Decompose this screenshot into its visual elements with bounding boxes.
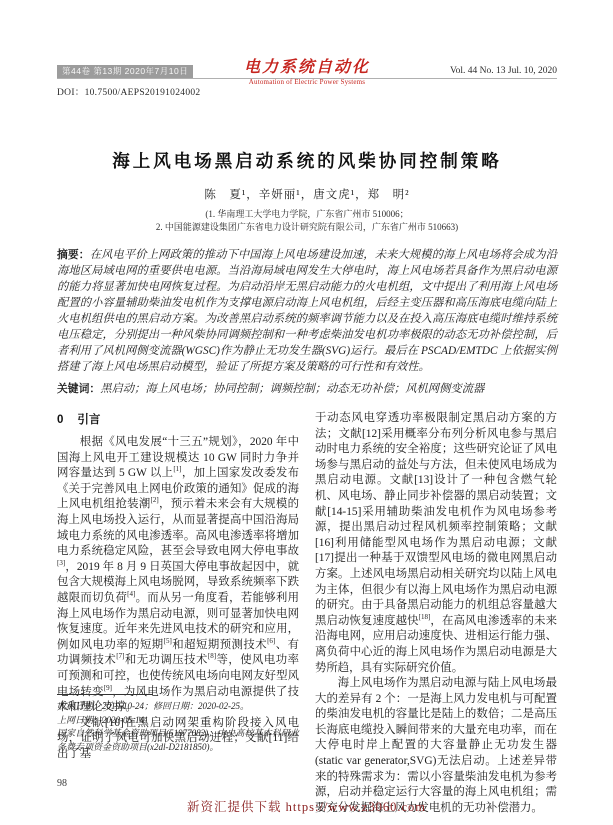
affiliation-2: 2. 中国能源建设集团广东省电力设计研究院有限公司，广东省广州市 510663)	[57, 221, 557, 234]
watermark-text: 新资汇提供下载 https://www.z3060.com	[0, 797, 613, 815]
paragraph: 于动态风电穿透功率极限制定黑启动方案的方法；文献[12]采用概率分布列分析风电参…	[315, 411, 557, 676]
footnote-rule	[57, 694, 153, 695]
section-title: 引言	[77, 414, 100, 426]
section-heading-intro: 0引言	[57, 411, 299, 427]
journal-header: 第44卷 第13期 2020年7月10日 DOI：10.7500/AEPS201…	[57, 62, 557, 112]
footnote-funding: 国家自然科学基金资助项目(51977082)；中央高校基本科研业务费专项资金资助…	[57, 727, 299, 754]
journal-logo: 电力系统自动化 Automation of Electric Power Sys…	[244, 59, 370, 87]
footnote-block: 收稿日期：2019-10-24；修回日期：2020-02-25。 上网日期：20…	[57, 694, 299, 754]
abstract-text: 在风电平价上网政策的推动下中国海上风电场建设加速，未来大规模的海上风电场将会成为…	[57, 249, 557, 373]
keywords: 关键词：黑启动；海上风电场；协同控制；调频控制；动态无功补偿；风机网侧变流器	[57, 381, 557, 397]
article-title: 海上风电场黑启动系统的风柴协同控制策略	[57, 148, 557, 173]
paragraph: 根据《风电发展“十三五”规划》，2020 年中国海上风电开工建设规模达 10 G…	[57, 435, 299, 716]
two-column-body: 0引言 根据《风电发展“十三五”规划》，2020 年中国海上风电开工建设规模达 …	[57, 411, 557, 809]
footnote-online-date: 上网日期：2020-05-14。	[57, 714, 299, 728]
issue-badge: 第44卷 第13期 2020年7月10日	[57, 65, 193, 78]
affiliation-1: (1. 华南理工大学电力学院，广东省广州市 510006；	[57, 208, 557, 221]
paper-page: 第44卷 第13期 2020年7月10日 DOI：10.7500/AEPS201…	[0, 0, 613, 825]
abstract-label: 摘要：	[57, 249, 90, 261]
doi-text: DOI：10.7500/AEPS20191024002	[57, 84, 200, 98]
volume-info: Vol. 44 No. 13 Jul. 10, 2020	[450, 66, 557, 76]
journal-name-en: Automation of Electric Power Systems	[244, 78, 370, 87]
page-number: 98	[57, 778, 67, 789]
author-list: 陈 夏¹，辛妍丽¹，唐文虎¹，郑 明²	[57, 186, 557, 202]
abstract: 摘要：在风电平价上网政策的推动下中国海上风电场建设加速，未来大规模的海上风电场将…	[57, 247, 557, 375]
paragraph: 海上风电场作为黑启动电源与陆上风电场最大的差异有 2 个：一是海上风力发电机与可…	[315, 676, 557, 816]
journal-name-cn: 电力系统自动化	[244, 59, 370, 77]
keywords-label: 关键词：	[57, 383, 100, 395]
left-column: 0引言 根据《风电发展“十三五”规划》，2020 年中国海上风电开工建设规模达 …	[57, 411, 299, 762]
footnote-received-dates: 收稿日期：2019-10-24；修回日期：2020-02-25。	[57, 700, 299, 714]
section-number: 0	[57, 414, 63, 426]
right-column: 于动态风电穿透功率极限制定黑启动方案的方法；文献[12]采用概率分布列分析风电参…	[315, 411, 557, 816]
keywords-text: 黑启动；海上风电场；协同控制；调频控制；动态无功补偿；风机网侧变流器	[100, 383, 484, 395]
